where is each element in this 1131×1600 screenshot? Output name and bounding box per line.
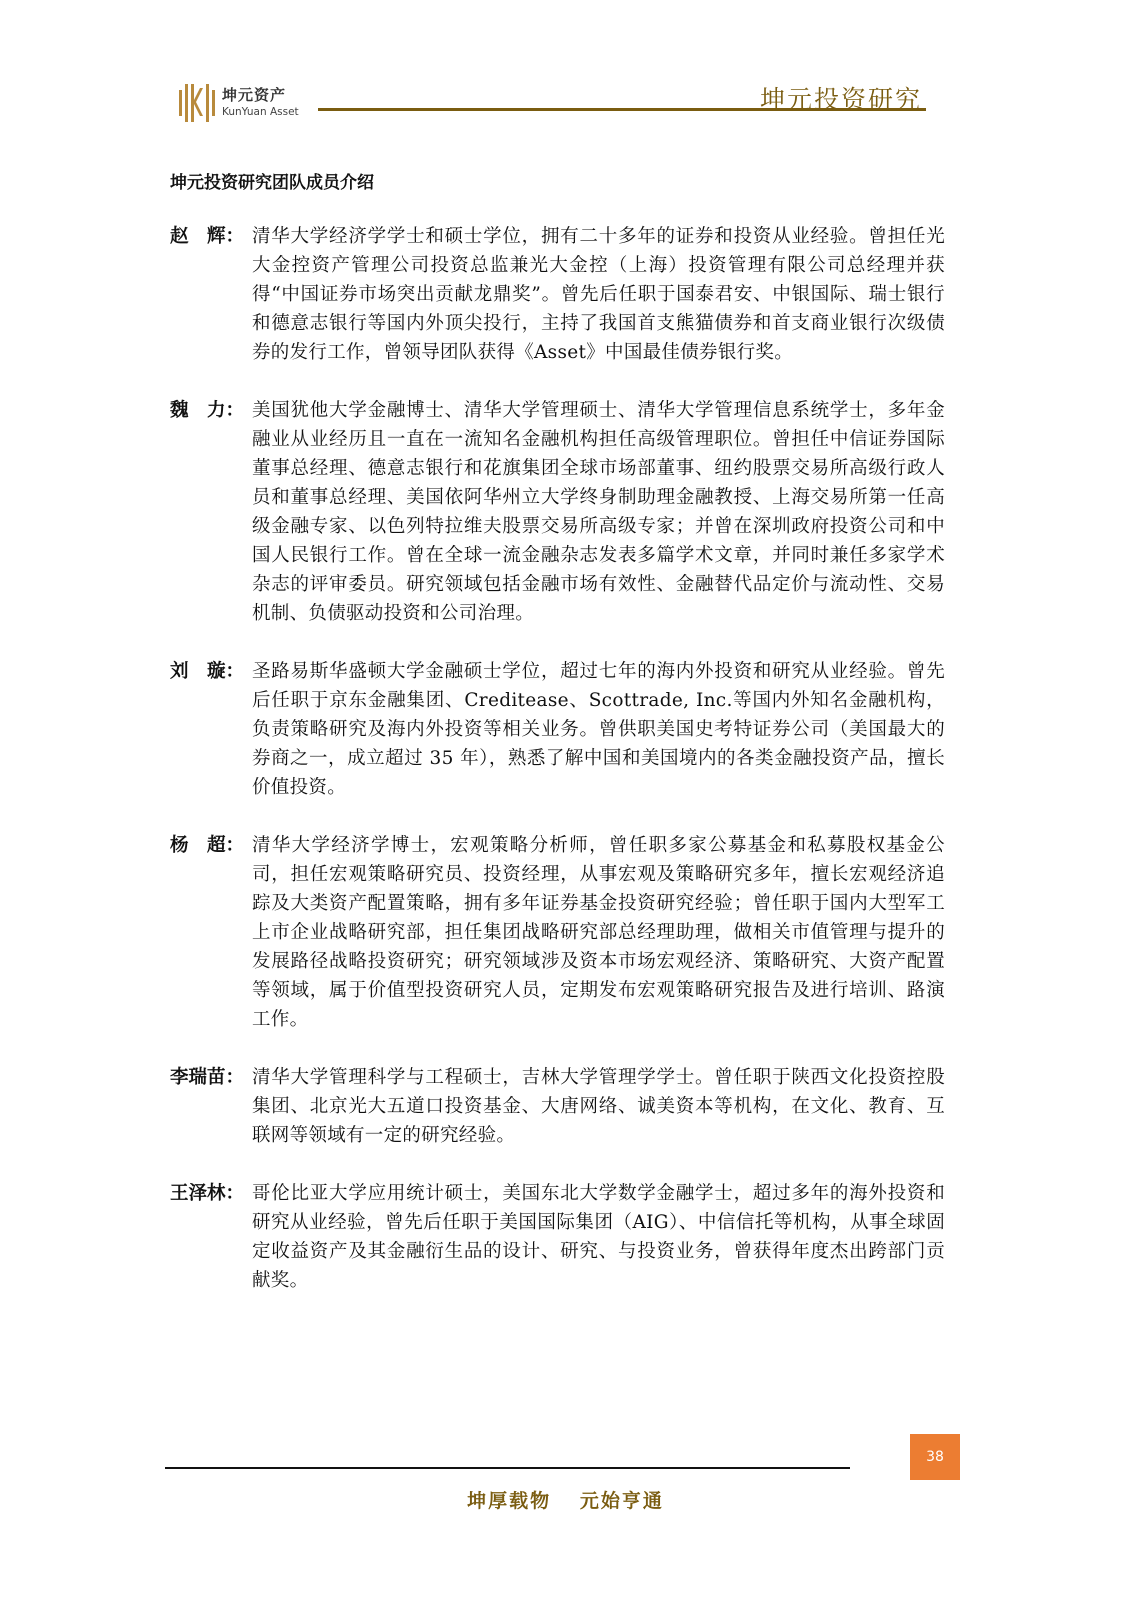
team-member: 刘 璇： 圣路易斯华盛顿大学金融硕士学位，超过七年的海内外投资和研究从业经验。曾… (170, 657, 945, 802)
member-name: 王泽林： (170, 1179, 252, 1295)
logo-english-name: KunYuan Asset (222, 106, 299, 118)
header-divider (318, 108, 926, 111)
team-member: 赵 辉： 清华大学经济学学士和硕士学位，拥有二十多年的证券和投资从业经验。曾担任… (170, 222, 945, 367)
logo-chinese-name: 坤元资产 (222, 84, 286, 105)
member-bio: 美国犹他大学金融博士、清华大学管理硕士、清华大学管理信息系统学士，多年金融业从业… (252, 396, 945, 628)
footer-divider (165, 1467, 850, 1469)
team-member-list: 赵 辉： 清华大学经济学学士和硕士学位，拥有二十多年的证券和投资从业经验。曾担任… (170, 222, 945, 1324)
member-name: 杨 超： (170, 831, 252, 1034)
member-bio: 哥伦比亚大学应用统计硕士，美国东北大学数学金融学士，超过多年的海外投资和研究从业… (252, 1179, 945, 1295)
member-name: 赵 辉： (170, 222, 252, 367)
member-name: 刘 璇： (170, 657, 252, 802)
member-name: 魏 力： (170, 396, 252, 628)
team-member: 王泽林： 哥伦比亚大学应用统计硕士，美国东北大学数学金融学士，超过多年的海外投资… (170, 1179, 945, 1295)
company-logo: 坤元资产 KunYuan Asset (178, 80, 308, 126)
section-title: 坤元投资研究团队成员介绍 (170, 168, 374, 193)
member-bio: 清华大学经济学学士和硕士学位，拥有二十多年的证券和投资从业经验。曾担任光大金控资… (252, 222, 945, 367)
page-number-badge: 38 (910, 1434, 960, 1480)
team-member: 杨 超： 清华大学经济学博士，宏观策略分析师，曾任职多家公募基金和私募股权基金公… (170, 831, 945, 1034)
member-bio: 清华大学管理科学与工程硕士，吉林大学管理学学士。曾任职于陕西文化投资控股集团、北… (252, 1063, 945, 1150)
member-bio: 清华大学经济学博士，宏观策略分析师，曾任职多家公募基金和私募股权基金公司，担任宏… (252, 831, 945, 1034)
kunyuan-logo-icon (178, 80, 216, 124)
motto-right: 元始亨通 (580, 1490, 664, 1512)
team-member: 魏 力： 美国犹他大学金融博士、清华大学管理硕士、清华大学管理信息系统学士，多年… (170, 396, 945, 628)
member-bio: 圣路易斯华盛顿大学金融硕士学位，超过七年的海内外投资和研究从业经验。曾先后任职于… (252, 657, 945, 802)
member-name: 李瑞苗： (170, 1063, 252, 1150)
motto-left: 坤厚载物 (467, 1490, 551, 1512)
footer-motto: 坤厚载物 元始亨通 (0, 1486, 1131, 1513)
team-member: 李瑞苗： 清华大学管理科学与工程硕士，吉林大学管理学学士。曾任职于陕西文化投资控… (170, 1063, 945, 1150)
